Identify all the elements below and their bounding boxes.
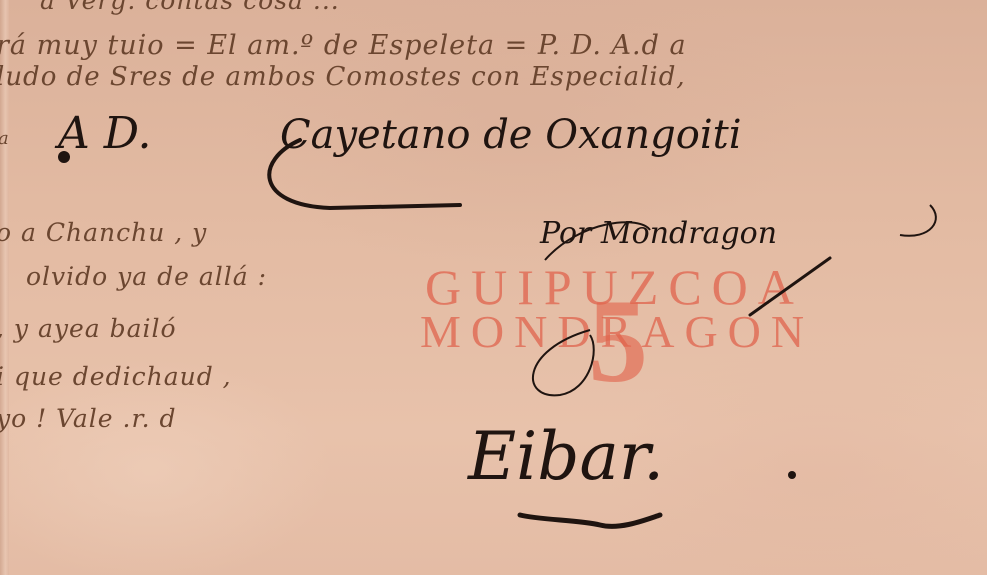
calligraphic-flourishes bbox=[0, 0, 987, 575]
